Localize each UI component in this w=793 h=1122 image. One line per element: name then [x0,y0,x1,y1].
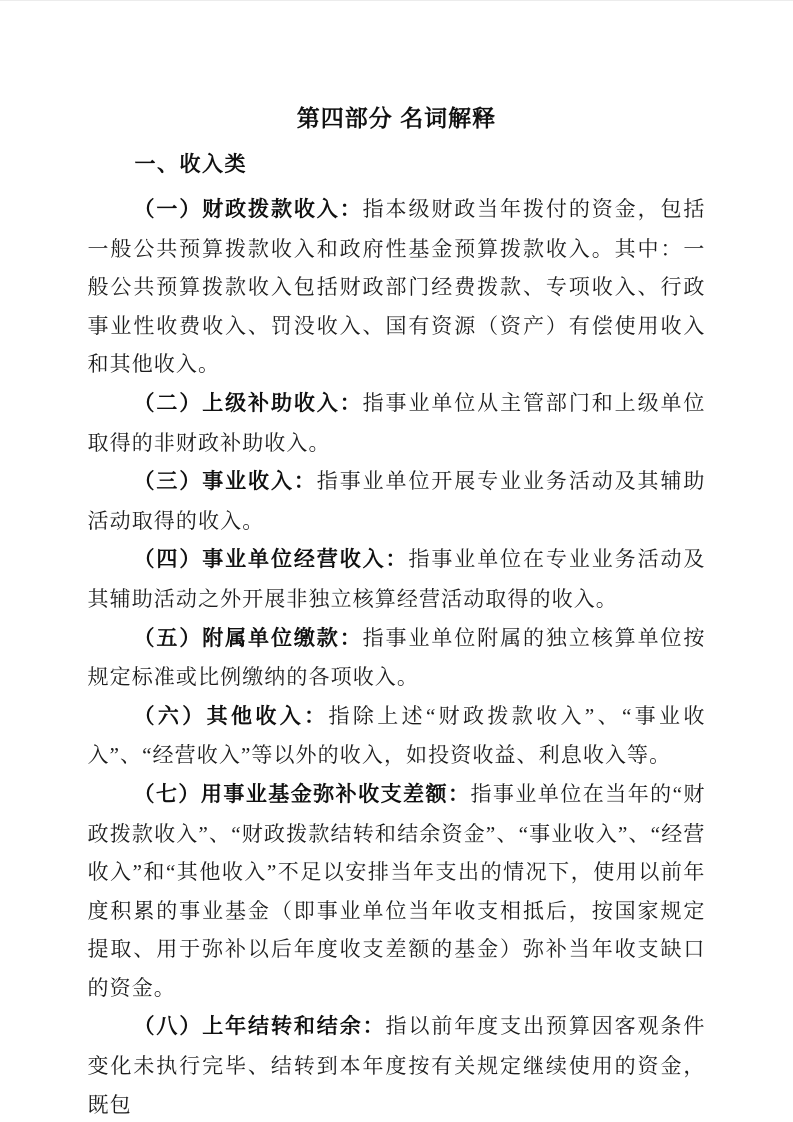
term-paragraph-2: （二）上级补助收入：指事业单位从主管部门和上级单位取得的非财政补助收入。 [88,384,706,462]
term-text-1: 指本级财政当年拨付的资金，包括一般公共预算拨款收入和政府性基金预算拨款收入。其中… [88,197,706,376]
term-paragraph-6: （六）其他收入：指除上述“财政拨款收入”、“事业收入”、“经营收入”等以外的收入… [88,697,706,775]
term-text-7: 指事业单位在当年的“财政拨款收入”、“财政拨款结转和结余资金”、“事业收入”、“… [88,782,706,1000]
page-title: 第四部分 名词解释 [88,101,706,135]
term-paragraph-5: （五）附属单位缴款：指事业单位附属的独立核算单位按规定标准或比例缴纳的各项收入。 [88,619,706,697]
section-heading-income-category: 一、收入类 [88,149,706,181]
document-content: 第四部分 名词解释 一、收入类 （一）财政拨款收入：指本级财政当年拨付的资金，包… [88,1,706,1122]
document-page: 第四部分 名词解释 一、收入类 （一）财政拨款收入：指本级财政当年拨付的资金，包… [0,0,793,1122]
term-paragraph-1: （一）财政拨款收入：指本级财政当年拨付的资金，包括一般公共预算拨款收入和政府性基… [88,190,706,384]
term-label-2: （二）上级补助收入： [134,392,363,415]
term-label-4: （四）事业单位经营收入： [134,548,409,571]
term-paragraph-4: （四）事业单位经营收入：指事业单位在专业业务活动及其辅助活动之外开展非独立核算经… [88,540,706,618]
term-label-5: （五）附属单位缴款： [134,627,363,650]
term-label-8: （八）上年结转和结余： [134,1015,386,1038]
terms-list: （一）财政拨款收入：指本级财政当年拨付的资金，包括一般公共预算拨款收入和政府性基… [88,190,706,1122]
term-label-7: （七）用事业基金弥补收支差额： [134,783,471,806]
term-label-1: （一）财政拨款收入： [134,198,363,221]
term-paragraph-7: （七）用事业基金弥补收支差额：指事业单位在当年的“财政拨款收入”、“财政拨款结转… [88,775,706,1008]
term-paragraph-8: （八）上年结转和结余：指以前年度支出预算因客观条件变化未执行完毕、结转到本年度按… [88,1007,706,1122]
term-label-6: （六）其他收入： [134,705,329,728]
term-paragraph-3: （三）事业收入：指事业单位开展专业业务活动及其辅助活动取得的收入。 [88,462,706,540]
term-label-3: （三）事业收入： [134,470,317,493]
